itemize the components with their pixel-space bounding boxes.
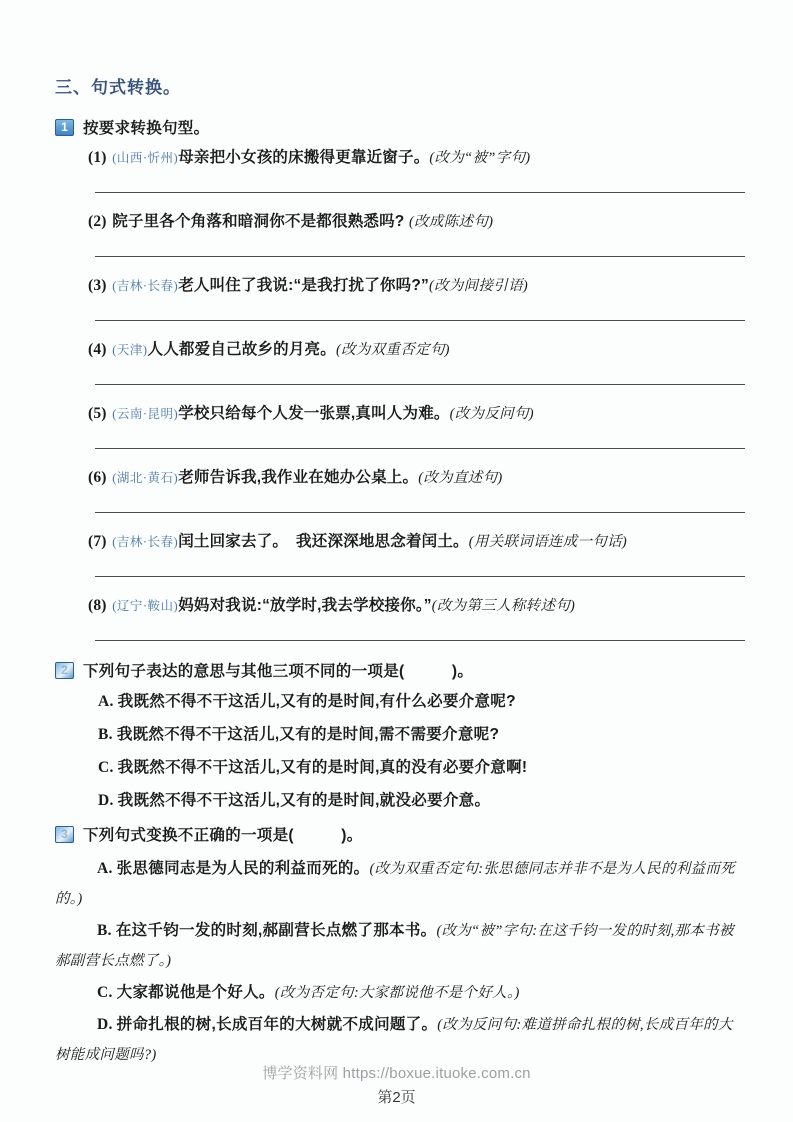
option-text: 我既然不得不干这活儿,又有的是时间,真的没有必要介意啊!	[118, 759, 528, 776]
option-c[interactable]: C.我既然不得不干这活儿,又有的是时间,真的没有必要介意啊!	[98, 757, 747, 778]
option-a[interactable]: A.我既然不得不干这活儿,又有的是时间,有什么必要介意呢?	[98, 691, 747, 712]
item-sentence: 妈妈对我说:“放学时,我去学校接你。”	[178, 597, 432, 614]
item-region-tag: (吉林·长春)	[112, 535, 178, 549]
option-d[interactable]: D.拼命扎根的树,长成百年的大树就不成问题了。(改为反问句:难道拼命扎根的树,长…	[55, 1010, 747, 1070]
item-instruction: (改为双重否定句)	[336, 342, 450, 358]
answer-line[interactable]	[95, 256, 745, 257]
item-region-tag: (吉林·长春)	[112, 279, 178, 293]
item-instruction: (改为间接引语)	[429, 278, 528, 294]
question-1-header: 1 按要求转换句型。	[55, 116, 747, 138]
section-title: 三、句式转换。	[55, 73, 747, 98]
option-text: 张思德同志是为人民的利益而死的。	[117, 860, 370, 877]
exercise-item-8: (8) (辽宁·鞍山)妈妈对我说:“放学时,我去学校接你。”(改为第三人称转述句…	[88, 595, 747, 641]
option-text: 拼命扎根的树,长成百年的大树就不成问题了。	[117, 1016, 438, 1033]
item-number: (2)	[88, 213, 107, 230]
item-region-tag: (山西·忻州)	[112, 151, 178, 165]
item-sentence: 老师告诉我,我作业在她办公桌上。	[178, 469, 418, 486]
item-number: (8)	[88, 597, 107, 614]
question-2-options: A.我既然不得不干这活儿,又有的是时间,有什么必要介意呢? B.我既然不得不干这…	[55, 691, 747, 811]
answer-line[interactable]	[95, 320, 745, 321]
answer-line[interactable]	[95, 192, 745, 193]
item-region-tag: (云南·昆明)	[112, 407, 178, 421]
exercise-item-7: (7) (吉林·长春)闰土回家去了。 我还深深地思念着闰土。(用关联词语连成一句…	[88, 531, 747, 577]
item-region-tag: (湖北·黄石)	[112, 471, 178, 485]
option-b[interactable]: B.我既然不得不干这活儿,又有的是时间,需不需要介意呢?	[98, 724, 747, 745]
option-d[interactable]: D.我既然不得不干这活儿,又有的是时间,就没必要介意。	[98, 790, 747, 811]
option-c[interactable]: C.大家都说他是个好人。(改为否定句:大家都说他不是个好人。)	[55, 978, 747, 1008]
option-label: B.	[98, 726, 113, 743]
item-instruction: (改为反问句)	[450, 406, 534, 422]
item-instruction: (改为直述句)	[418, 470, 502, 486]
exercise-item-2: (2) 院子里各个角落和暗洞你不是都很熟悉吗? (改成陈述句)	[88, 211, 747, 257]
exercise-item-1: (1) (山西·忻州)母亲把小女孩的床搬得更靠近窗子。(改为“被”字句)	[88, 147, 747, 193]
page-footer: 博学资料网 https://boxue.ituoke.com.cn 第2页	[0, 1062, 793, 1107]
item-number: (6)	[88, 469, 107, 486]
question-2-stem: 下列句子表达的意思与其他三项不同的一项是( )。	[83, 659, 473, 681]
option-text: 我既然不得不干这活儿,又有的是时间,需不需要介意呢?	[117, 726, 499, 743]
question-3-options: A.张思德同志是为人民的利益而死的。(改为双重否定句:张思德同志并非不是为人民的…	[55, 854, 747, 1070]
option-label: C.	[97, 984, 113, 1001]
option-label: B.	[97, 922, 112, 939]
exercise-item-6: (6) (湖北·黄石)老师告诉我,我作业在她办公桌上。(改为直述句)	[88, 467, 747, 513]
answer-line[interactable]	[95, 384, 745, 385]
exercise-item-3: (3) (吉林·长春)老人叫住了我说:“是我打扰了你吗?”(改为间接引语)	[88, 275, 747, 321]
item-sentence: 闰土回家去了。 我还深深地思念着闰土。	[178, 533, 469, 550]
item-sentence: 院子里各个角落和暗洞你不是都很熟悉吗?	[112, 213, 409, 230]
item-sentence: 母亲把小女孩的床搬得更靠近窗子。	[178, 149, 429, 166]
answer-line[interactable]	[95, 576, 745, 577]
question-3-header: 3 下列句式变换不正确的一项是( )。	[55, 823, 747, 845]
question-3-number-badge: 3	[55, 826, 74, 843]
footer-site-url: 博学资料网 https://boxue.ituoke.com.cn	[0, 1062, 793, 1083]
answer-line[interactable]	[95, 640, 745, 641]
item-number: (5)	[88, 405, 107, 422]
question-2-header: 2 下列句子表达的意思与其他三项不同的一项是( )。	[55, 659, 747, 681]
page-number: 第2页	[0, 1086, 793, 1107]
item-sentence: 学校只给每个人发一张票,真叫人为难。	[178, 405, 449, 422]
item-sentence: 老人叫住了我说:“是我打扰了你吗?”	[178, 277, 429, 294]
option-text: 大家都说他是个好人。	[117, 984, 275, 1001]
item-number: (3)	[88, 277, 107, 294]
question-2-number-badge: 2	[55, 662, 74, 679]
option-text: 在这千钧一发的时刻,郝副营长点燃了那本书。	[116, 922, 437, 939]
option-text: 我既然不得不干这活儿,又有的是时间,就没必要介意。	[118, 792, 491, 809]
question-1-stem: 按要求转换句型。	[83, 116, 209, 138]
question-1-number-badge: 1	[55, 119, 74, 136]
item-region-tag: (辽宁·鞍山)	[112, 599, 178, 613]
item-number: (7)	[88, 533, 107, 550]
item-number: (4)	[88, 341, 107, 358]
option-b[interactable]: B.在这千钧一发的时刻,郝副营长点燃了那本书。(改为“被”字句:在这千钧一发的时…	[55, 916, 747, 976]
exercise-item-4: (4) (天津)人人都爱自己故乡的月亮。(改为双重否定句)	[88, 339, 747, 385]
option-note: (改为否定句:大家都说他不是个好人。)	[275, 985, 520, 1001]
option-label: A.	[98, 693, 114, 710]
item-instruction: (改为“被”字句)	[429, 150, 530, 166]
answer-line[interactable]	[95, 448, 745, 449]
option-label: D.	[98, 792, 114, 809]
option-label: C.	[98, 759, 114, 776]
question-3-stem: 下列句式变换不正确的一项是( )。	[83, 823, 363, 845]
option-label: D.	[97, 1016, 113, 1033]
item-sentence: 人人都爱自己故乡的月亮。	[148, 341, 336, 358]
option-a[interactable]: A.张思德同志是为人民的利益而死的。(改为双重否定句:张思德同志并非不是为人民的…	[55, 854, 747, 914]
exercise-item-5: (5) (云南·昆明)学校只给每个人发一张票,真叫人为难。(改为反问句)	[88, 403, 747, 449]
question-1-items: (1) (山西·忻州)母亲把小女孩的床搬得更靠近窗子。(改为“被”字句) (2)…	[55, 147, 747, 641]
item-instruction: (改为第三人称转述句)	[432, 598, 575, 614]
option-text: 我既然不得不干这活儿,又有的是时间,有什么必要介意呢?	[118, 693, 516, 710]
item-region-tag: (天津)	[112, 343, 147, 357]
worksheet-page: 三、句式转换。 1 按要求转换句型。 (1) (山西·忻州)母亲把小女孩的床搬得…	[0, 0, 793, 1070]
item-instruction: (用关联词语连成一句话)	[469, 534, 627, 550]
item-number: (1)	[88, 149, 107, 166]
option-label: A.	[97, 860, 113, 877]
answer-line[interactable]	[95, 512, 745, 513]
item-instruction: (改成陈述句)	[409, 214, 493, 230]
